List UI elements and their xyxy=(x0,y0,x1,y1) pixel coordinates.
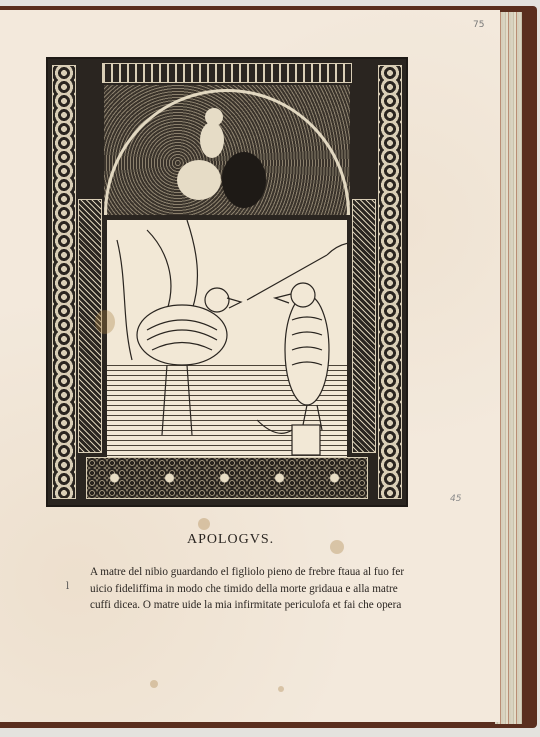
frame-top-band xyxy=(102,63,352,83)
foxing-stain xyxy=(150,680,158,688)
foxing-stain xyxy=(330,540,344,554)
birds-icon xyxy=(107,220,348,460)
text-line: cuffi dicea. O matre uide la mia infirmi… xyxy=(90,597,425,614)
lunette-foliage xyxy=(104,85,350,215)
figure-icon xyxy=(104,85,350,215)
frame-right-inner-pilaster xyxy=(352,199,376,453)
fable-scene xyxy=(106,219,348,461)
margin-mark: l xyxy=(66,581,69,592)
foxing-stain xyxy=(278,686,284,692)
fable-text: A matre del nibio guardando el figliolo … xyxy=(90,564,425,614)
foxing-stain xyxy=(198,518,210,530)
woodcut-illustration xyxy=(46,57,408,507)
pencil-annotation: 45 xyxy=(450,494,461,504)
frame-bottom-band xyxy=(86,457,368,499)
frame-left-column xyxy=(52,65,76,499)
folio-number: 75 xyxy=(473,20,484,30)
fable-heading: APOLOGVS. xyxy=(187,532,274,548)
text-line: uicio fideliffima in modo che timido del… xyxy=(90,581,425,598)
frame-right-column xyxy=(378,65,402,499)
foxing-stain xyxy=(95,310,115,334)
text-line: A matre del nibio guardando el figliolo … xyxy=(90,564,425,581)
book-page: 75 45 xyxy=(0,10,500,722)
